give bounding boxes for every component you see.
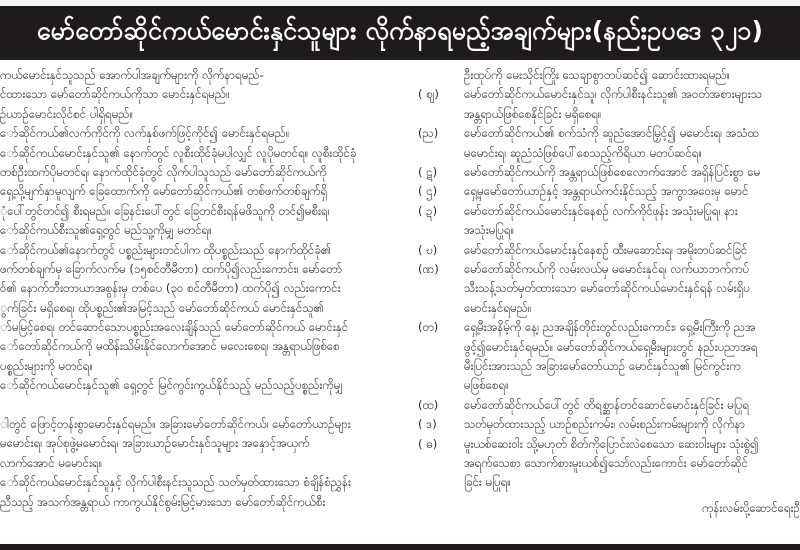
text-line: သီးသန့်သတ်မှတ်ထားသော မော်တော်ဆိုင်ကယ်မော…	[464, 279, 800, 298]
rule-item: (ထ) မော်တော်ဆိုင်ကယ်ပေါ်တွင် တိရစ္ဆာန်တင…	[418, 396, 800, 415]
text-line: အန္တရာယ်ဖြစ်စေနိုင်ခြင်း မရှိစေရ။	[464, 105, 800, 124]
text-line: ညီသည့် အသက်အန္တရာယ် ကာကွယ်နိုင်စွမ်းမြင့…	[0, 493, 396, 512]
text-line: သတ်မှတ်ထားသည့် ယာဉ်စည်းကမ်း၊ လမ်းစည်းကမ်…	[464, 415, 800, 434]
rule-number: ( ဒ)	[418, 415, 464, 434]
text-line: အရက်သေစာ သောက်စားမူးယစ်၍သော်လည်းကောင်း မ…	[464, 454, 800, 473]
text-line: ွက်ခြင်း မရှိစေရ၊ ထိုပစ္စည်း၏အမြင့်သည် မ…	[0, 299, 396, 318]
text-line: င်ထားသော မော်တော်ဆိုင်ကယ်ကိုသာ မောင်းနှင…	[0, 85, 396, 104]
text-line	[0, 396, 396, 415]
text-line: ခြင်း မပြုရ။	[464, 473, 800, 492]
text-line: ရှေ့မီးအနိမ့်ကို နေ့၊ ညအချိန်တိုင်းတွင်လ…	[464, 318, 800, 337]
page-title-bar: မော်တော်ဆိုင်ကယ်မောင်းနှင်သူများ လိုက်နာ…	[0, 6, 800, 60]
text-line: ဖွင့်၍မောင်းနှင်ရမည်။ မော်တော်ဆိုင်ကယ်ရှ…	[464, 338, 800, 357]
rule-item: ( ဋ) မော်တော်ဆိုင်ကယ်ကို အန္တရာယ်ဖြစ်စေလ…	[418, 163, 800, 182]
text-line: ော်ဆိုင်ကယ်မောင်းနှင်သူ၏ ရှေ့တွင် မြင်ကွ…	[0, 376, 396, 395]
text-line: ဖက်တစ်ချက်မှ ခြောက်လက်မ (၁၅စင်တီမီတာ) ထက…	[0, 260, 396, 279]
page-title: မော်တော်ဆိုင်ကယ်မောင်းနှင်သူများ လိုက်နာ…	[37, 15, 763, 52]
text-line: လာက်အောင် မမောင်းရ။	[0, 454, 396, 473]
left-column: ကယ်မောင်းနှင်သူသည် အောက်ပါအချက်များကို လ…	[0, 66, 396, 512]
text-line: မော်တော်ဆိုင်ကယ်မောင်းနှင်နေစဉ် ထီးမဆောင…	[464, 241, 800, 260]
text-line: ော်ဆိုင်ကယ်မောင်းနှင်သူ၏ နောက်တွင် လူစီး…	[0, 144, 396, 163]
text-line: မမောင်းရ၊ ဆူညံသံဖြစ်ပေါ်စေသည့်ကိရိယာ မတပ…	[464, 144, 800, 163]
text-line: ော်ဆိုင်ကယ်မောင်းနှင်သူနှင့် လိုက်ပါစီးန…	[0, 473, 396, 492]
rule-number: ( ဈ)	[418, 85, 464, 124]
text-line: အသုံးမပြုရ။	[464, 221, 800, 240]
rule-number: (ဏ)	[418, 260, 464, 318]
bottom-border	[0, 544, 800, 550]
rule-number: (တ)	[418, 318, 464, 396]
rule-item: ( ဒ) သတ်မှတ်ထားသည့် ယာဉ်စည်းကမ်း၊ လမ်းစည…	[418, 415, 800, 434]
text-line: မမောင်းရ၊ အုပ်စုဖွဲ့မမောင်းရ၊ အခြားယာဉ်မ…	[0, 434, 396, 453]
text-line: မော်တော်ဆိုင်ကယ်မောင်းနှင်နေစဉ် လက်ကိုင်…	[464, 202, 800, 221]
text-line: ာ်မမြင့်စေရ၊ တင်ဆောင်သောပစ္စည်းအလေးချိန်…	[0, 318, 396, 337]
text-line: မဖြစ်စေရ။	[464, 376, 800, 395]
document-body: ကယ်မောင်းနှင်သူသည် အောက်ပါအချက်များကို လ…	[0, 60, 800, 544]
text-line: ပစ္စည်းများကို မတင်ရ။	[0, 357, 396, 376]
text-line: ုံပေါ်တွင်တင်၍ စီးရမည်။ ခြေနင်းပေါ်တွင် …	[0, 202, 396, 221]
text-line: ော်ဆိုင်ကယ်၏လက်ကိုင်ကို လက်နှစ်ဖက်ဖြင့်က…	[0, 124, 396, 143]
rule-number: ( ဌ)	[418, 182, 464, 201]
signature: ကုန်းလမ်းပို့ဆောင်ရေးဦ	[418, 499, 800, 518]
text-line: ဝ်၏ နောက်ဘီးတာယာအစွန်းမှ တစ်ပေ (၃၀ စင်တီ…	[0, 279, 396, 298]
rule-number: ( ဍ)	[418, 202, 464, 241]
right-column: ဦးထုပ်ကို မေးသိုင်းကြိုး သေချာစွာတပ်ဆင်၍…	[418, 66, 800, 518]
rule-number: (ထ)	[418, 396, 464, 415]
rule-item: ( ဍ) မော်တော်ဆိုင်ကယ်မောင်းနှင်နေစဉ် လက်…	[418, 202, 800, 241]
text-line: ဉ်ယာဉ်မောင်းလိုင်စင် ပါရှိရမည်။	[0, 105, 396, 124]
text-line: ါတွင် ဖြောင့်တန်းစွာမောင်းနှင်ရမည်။ အခြာ…	[0, 415, 396, 434]
text-line: မော်တော်ဆိုင်ကယ်ပေါ်တွင် တိရစ္ဆာန်တင်ဆော…	[464, 396, 800, 415]
text-line: တစ်ဦးထက်ပိုမတင်ရ၊ နောက်ထိုင်ခုံတွင် လိုက…	[0, 163, 396, 182]
text-line: ော်ဆိုင်ကယ်စီးသူ၏ရှေ့တွင် မည်သူ့ကိုမျှ မ…	[0, 221, 396, 240]
text-line: မီးပြင်းအားသည် အခြားမော်တော်ယာဉ် မောင်းန…	[464, 357, 800, 376]
text-line: မော်တော်ဆိုင်ကယ်၏ စက်သံကို ဆူညံအောင်မြှင…	[464, 124, 800, 143]
text-line: မော်တော်ဆိုင်ကယ်ကို လမ်းလယ်မှ မမောင်းနှင…	[464, 260, 800, 279]
text-line: မော်တော်ဆိုင်ကယ်ကို အန္တရာယ်ဖြစ်စေလောက်အ…	[464, 163, 800, 182]
rule-item: ( ဎ) မော်တော်ဆိုင်ကယ်မောင်းနှင်နေစဉ် ထီး…	[418, 241, 800, 260]
text-line: ကယ်မောင်းနှင်သူသည် အောက်ပါအချက်များကို လ…	[0, 66, 396, 85]
text-line: ော်တော်ဆိုင်ကယ်ကို မထိန်းသိမ်းနိုင်လောက်…	[0, 337, 396, 356]
rule-item: ( ဌ) ရှေ့မှမော်တော်ယာဉ်နှင့် အန္တရာယ်ကင်…	[418, 182, 800, 201]
rule-item: (ည) မော်တော်ဆိုင်ကယ်၏ စက်သံကို ဆူညံအောင်…	[418, 124, 800, 163]
rule-item: ( ဓ) မူးယစ်ဆေးဝါး သို့မဟုတ် စိတ်ကိုပြောင…	[418, 435, 800, 493]
rule-item: (ဏ) မော်တော်ဆိုင်ကယ်ကို လမ်းလယ်မှ မမောင်…	[418, 260, 800, 318]
text-line: မောင်းနှင်ရမည်။	[464, 299, 800, 318]
rule-item: ( ဈ) မော်တော်ဆိုင်ကယ်မောင်းနှင်သူ၊ လိုက်…	[418, 85, 800, 124]
continuation-line: ဦးထုပ်ကို မေးသိုင်းကြိုး သေချာစွာတပ်ဆင်၍…	[418, 66, 800, 85]
text-line: ရှေ့မှမော်တော်ယာဉ်နှင့် အန္တရာယ်ကင်းနိုင…	[464, 182, 800, 201]
rule-number: ( ဎ)	[418, 241, 464, 260]
rule-number: ( ဓ)	[418, 435, 464, 493]
text-line: ရှေ့သို့မျက်နှာမူလျက် ခြေထောက်ကို မော်တေ…	[0, 182, 396, 201]
text-line: မော်တော်ဆိုင်ကယ်မောင်းနှင်သူ၊ လိုက်ပါစီး…	[464, 85, 800, 104]
rule-item: (တ) ရှေ့မီးအနိမ့်ကို နေ့၊ ညအချိန်တိုင်းတ…	[418, 318, 800, 396]
text-line: မူးယစ်ဆေးဝါး သို့မဟုတ် စိတ်ကိုပြောင်းလဲစ…	[464, 435, 800, 454]
rule-number: ( ဋ)	[418, 163, 464, 182]
rule-number: (ည)	[418, 124, 464, 163]
text-line: ော်ဆိုင်ကယ်၏နောက်တွင် ပစ္စည်းများတင်ပါက …	[0, 241, 396, 260]
